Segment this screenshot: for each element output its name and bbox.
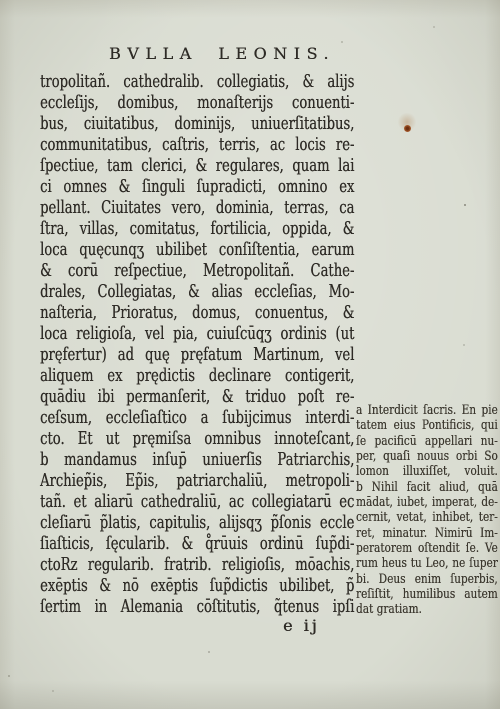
- text-line: & corū reſpectiue, Metropolitañ. Cathe-: [40, 260, 354, 281]
- margin-line: lomon illuxiſſet, voluit.: [356, 464, 498, 479]
- paper-speck: [464, 204, 466, 206]
- text-line: cleſiarū p̃latis, capitulis, alijsqʒ p̃ſ…: [40, 512, 354, 533]
- book-page: BVLLA LEONIS. tropolitañ. cathedralib. c…: [0, 0, 500, 709]
- paper-speck: [463, 344, 465, 346]
- text-line: drales, Collegiatas, & alias eccleſias, …: [40, 281, 354, 302]
- margin-line: cernit, vetat, inhibet, ter-: [356, 510, 498, 525]
- margin-line: tatem eius Pontificis, qui: [356, 418, 498, 433]
- margin-line: b Nihil facit aliud, quā: [356, 480, 498, 495]
- paper-speck: [433, 26, 435, 28]
- text-line: ſertim in Alemania cōſtitutis, q̃tenus i…: [40, 596, 354, 617]
- text-line: tañ. et aliarū cathedraliū, ac collegiat…: [40, 491, 354, 512]
- text-line: ſpectiue, tam clerici, & regulares, quam…: [40, 155, 354, 176]
- text-line: bus, ciuitatibus, dominijs, uniuerſitati…: [40, 113, 354, 134]
- signature-mark: e ij: [283, 616, 320, 635]
- text-line: loca quęcunqʒ ubilibet conſiſtentia, ear…: [40, 239, 354, 260]
- paper-speck: [341, 41, 343, 43]
- text-line: ſtra, villas, comitatus, fortilicia, opp…: [40, 218, 354, 239]
- margin-line: mādat, iubet, imperat, de-: [356, 495, 498, 510]
- margin-line: ſe pacificū appellari nu-: [356, 434, 498, 449]
- text-line: aliquem ex prędictis declinare contigeri…: [40, 365, 354, 386]
- text-line: cto. Et ut pręmiſsa omnibus innoteſcant,: [40, 428, 354, 449]
- margin-line: ret, minatur. Nimirū Im-: [356, 526, 498, 541]
- text-line: eccleſijs, domibus, monaſterijs conuenti…: [40, 92, 354, 113]
- margin-line: peratorem oſtendit ſe. Ve: [356, 541, 498, 556]
- text-line: tropolitañ. cathedralib. collegiatis, & …: [40, 71, 354, 92]
- text-line: naſteria, Prioratus, domus, conuentus, &: [40, 302, 354, 323]
- paper-speck: [208, 651, 210, 653]
- text-line: pręfertur) ad quę pręfatum Martinum, vel: [40, 344, 354, 365]
- text-line: quādiu ibi permanſerit, & triduo poſt re…: [40, 386, 354, 407]
- margin-line: rum heus tu Leo, ne ſuper: [356, 556, 498, 571]
- text-line: ci omnes & ſinguli ſupradicti, omnino ex: [40, 176, 354, 197]
- margin-line: per, quaſi nouus orbi So: [356, 449, 498, 464]
- margin-line: a Interdicit ſacris. En pie: [356, 403, 498, 418]
- text-line: ctoRz regularib. fratrib. religioſis, mō…: [40, 554, 354, 575]
- text-line: b mandamus inſup̄ uniuerſis Patriarchis,: [40, 449, 354, 470]
- text-line: ceſsum, eccleſiaſtico a ſubijcimus inter…: [40, 407, 354, 428]
- text-line: ſiaſticis, ſęcularib. & q̊rūuis ordinū ſ…: [40, 533, 354, 554]
- paper-speck: [8, 675, 10, 677]
- margin-line: bi. Deus enim ſuperbis,: [356, 572, 498, 587]
- margin-line: reſiſtit, humilibus autem: [356, 587, 498, 602]
- margin-line: dat gratiam.: [356, 602, 498, 617]
- text-line: communitatibus, caſtris, terris, ac loci…: [40, 134, 354, 155]
- paper-speck: [478, 586, 480, 588]
- text-line: Archiep̃is, Ep̃is, patriarchaliū, metrop…: [40, 470, 354, 491]
- ink-stain: [404, 125, 411, 132]
- text-line: pellant. Ciuitates vero, dominia, terras…: [40, 197, 354, 218]
- paper-speck: [52, 690, 54, 692]
- page-header-title: BVLLA LEONIS.: [109, 44, 335, 63]
- text-line: exēptis & nō exēptis ſup̃dictis ubilibet…: [40, 575, 354, 596]
- text-line: loca religioſa, vel pia, cuiuſcūqʒ ordin…: [40, 323, 354, 344]
